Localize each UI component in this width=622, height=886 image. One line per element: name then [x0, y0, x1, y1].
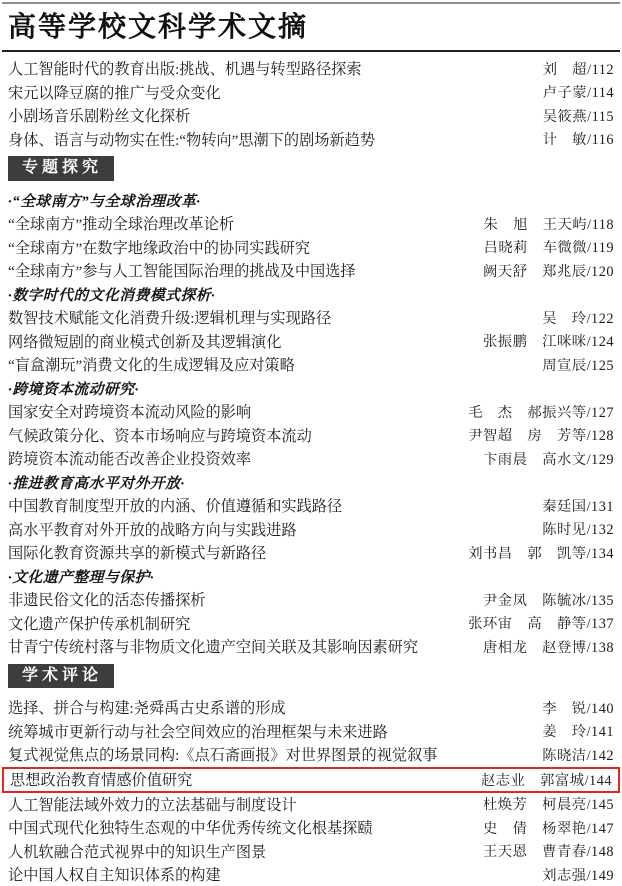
- entry-authors-page: 张振鹏 江咪咪/124: [473, 331, 614, 351]
- entry-title: 气候政策分化、资本市场响应与跨境资本流动: [8, 425, 312, 446]
- toc-entry: 国家安全对跨境资本流动风险的影响毛 杰 郝振兴等/127: [8, 400, 614, 424]
- subsection-heading: ·跨境资本流动研究·: [8, 377, 614, 401]
- toc-entry: 高水平教育对外开放的战略方向与实践进路陈时见/132: [8, 518, 614, 542]
- toc-entry: 身体、语言与动物实在性:“物转向”思潮下的剧场新趋势计 敏/116: [8, 128, 614, 152]
- top-rule: [2, 2, 620, 4]
- entry-authors-page: 秦廷国/131: [532, 496, 614, 516]
- entry-authors-page: 吴 玲/122: [532, 308, 614, 328]
- entry-authors-page: 刘志强/149: [532, 865, 614, 885]
- toc-entry: 人工智能法域外效力的立法基础与制度设计杜焕芳 柯晨亮/145: [8, 793, 614, 817]
- entry-authors-page: 吴筱燕/115: [533, 106, 614, 126]
- front-entry-list: 人工智能时代的教育出版:挑战、机遇与转型路径探索刘 超/112宋元以降豆腐的推广…: [8, 57, 614, 151]
- entry-title: 国家安全对跨境资本流动风险的影响: [8, 401, 251, 422]
- highlighted-entry: 思想政治教育情感价值研究赵志业 郭富城/144: [2, 767, 620, 793]
- toc-entry: 统筹城市更新行动与社会空间效应的治理框架与未来进路姜 玲/141: [8, 720, 614, 744]
- toc-entry: 复式视觉焦点的场景同构:《点石斋画报》对世界图景的视觉叙事陈晓洁/142: [8, 743, 614, 767]
- entry-title: 高水平教育对外开放的战略方向与实践进路: [8, 519, 297, 540]
- entry-authors-page: 朱 旭 王天屿/118: [474, 214, 614, 234]
- toc-entry: 甘青宁传统村落与非物质文化遗产空间关联及其影响因素研究唐相龙 赵登博/138: [8, 635, 614, 659]
- toc-entry: “盲盒潮玩”消费文化的生成逻辑及应对策略周宣辰/125: [8, 353, 614, 377]
- entry-title: 人机软融合范式视界中的知识生产图景: [8, 841, 266, 862]
- entry-title: 中国式现代化独特生态观的中华优秀传统文化根基探赜: [8, 817, 373, 838]
- title-rule: [2, 50, 620, 52]
- toc-entry: 论中国人权自主知识体系的构建刘志强/149: [8, 863, 614, 886]
- entry-authors-page: 卢子蒙/114: [533, 82, 614, 102]
- subsection-heading: ·“全球南方”与全球治理改革·: [8, 189, 614, 213]
- entry-authors-page: 王天恩 曹青春/148: [473, 841, 614, 861]
- section-badge: 专题探究: [8, 156, 114, 181]
- toc-entry: 中国教育制度型开放的内涵、价值遵循和实践路径秦廷国/131: [8, 494, 614, 518]
- toc-entry: 网络微短剧的商业模式创新及其逻辑演化张振鹏 江咪咪/124: [8, 330, 614, 354]
- entry-title: “全球南方”参与人工智能国际治理的挑战及中国选择: [8, 260, 356, 281]
- entry-title: 身体、语言与动物实在性:“物转向”思潮下的剧场新趋势: [8, 129, 375, 150]
- entry-title: 人工智能时代的教育出版:挑战、机遇与转型路径探索: [8, 58, 362, 79]
- entry-authors-page: 张环宙 高 静等/137: [458, 613, 614, 633]
- section-badge: 学术评论: [8, 664, 114, 689]
- entry-authors-page: 刘书昌 郭 凯等/134: [458, 543, 614, 563]
- entry-authors-page: 卞雨晨 高水文/129: [473, 449, 614, 469]
- entry-authors-page: 赵志业 郭富城/144: [471, 770, 612, 790]
- entry-authors-page: 陈晓洁/142: [532, 745, 614, 765]
- entry-title: 小剧场音乐剧粉丝文化探析: [8, 105, 190, 126]
- entry-title: 跨境资本流动能否改善企业投资效率: [8, 448, 251, 469]
- toc-entry: “全球南方”推动全球治理改革论析朱 旭 王天屿/118: [8, 212, 614, 236]
- entry-title: 思想政治教育情感价值研究: [10, 769, 192, 790]
- entry-title: 统筹城市更新行动与社会空间效应的治理框架与未来进路: [8, 721, 388, 742]
- subsection-heading: ·文化遗产整理与保护·: [8, 565, 614, 589]
- toc-entry: 气候政策分化、资本市场响应与跨境资本流动尹智超 房 芳等/128: [8, 424, 614, 448]
- entry-title: 人工智能法域外效力的立法基础与制度设计: [8, 794, 297, 815]
- entry-authors-page: 刘 超/112: [533, 59, 614, 79]
- entry-title: 选择、拼合与构建:尧舜禹古史系谱的形成: [8, 697, 286, 718]
- entry-authors-page: 史 倩 杨翠艳/147: [473, 818, 614, 838]
- toc-entry: 跨境资本流动能否改善企业投资效率卞雨晨 高水文/129: [8, 447, 614, 471]
- entry-authors-page: 尹智超 房 芳等/128: [458, 425, 614, 445]
- entry-title: “全球南方”推动全球治理改革论析: [8, 213, 234, 234]
- toc-entry: 宋元以降豆腐的推广与受众变化卢子蒙/114: [8, 81, 614, 105]
- entry-title: 国际化教育资源共享的新模式与新路径: [8, 542, 266, 563]
- entry-title: “盲盒潮玩”消费文化的生成逻辑及应对策略: [8, 354, 295, 375]
- entry-title: 中国教育制度型开放的内涵、价值遵循和实践路径: [8, 495, 342, 516]
- entry-authors-page: 计 敏/116: [533, 129, 614, 149]
- entry-title: 数智技术赋能文化消费升级:逻辑机理与实现路径: [8, 307, 331, 328]
- entry-authors-page: 尹金凤 陈毓冰/135: [473, 590, 614, 610]
- entry-title: 文化遗产保护传承机制研究: [8, 613, 190, 634]
- toc-entry: 人工智能时代的教育出版:挑战、机遇与转型路径探索刘 超/112: [8, 57, 614, 81]
- entry-authors-page: 吕晓莉 车微微/119: [474, 237, 614, 257]
- entry-authors-page: 周宣辰/125: [532, 355, 614, 375]
- entry-authors-page: 李 锐/140: [532, 698, 614, 718]
- toc-entry: 人机软融合范式视界中的知识生产图景王天恩 曹青春/148: [8, 840, 614, 864]
- entry-title: 论中国人权自主知识体系的构建: [8, 864, 221, 885]
- toc-entry: 选择、拼合与构建:尧舜禹古史系谱的形成李 锐/140: [8, 696, 614, 720]
- toc-entry: 数智技术赋能文化消费升级:逻辑机理与实现路径吴 玲/122: [8, 306, 614, 330]
- entry-title: 复式视觉焦点的场景同构:《点石斋画报》对世界图景的视觉叙事: [8, 744, 437, 765]
- toc-entry: 小剧场音乐剧粉丝文化探析吴筱燕/115: [8, 104, 614, 128]
- entry-title: 甘青宁传统村落与非物质文化遗产空间关联及其影响因素研究: [8, 636, 418, 657]
- sections-container: 专题探究·“全球南方”与全球治理改革·“全球南方”推动全球治理改革论析朱 旭 王…: [8, 151, 614, 886]
- toc-entry: 国际化教育资源共享的新模式与新路径刘书昌 郭 凯等/134: [8, 541, 614, 565]
- toc-entry: 中国式现代化独特生态观的中华优秀传统文化根基探赜史 倩 杨翠艳/147: [8, 816, 614, 840]
- subsection-heading: ·数字时代的文化消费模式探析·: [8, 283, 614, 307]
- entry-title: “全球南方”在数字地缘政治中的协同实践研究: [8, 237, 310, 258]
- entry-authors-page: 姜 玲/141: [532, 721, 614, 741]
- toc-entry: 文化遗产保护传承机制研究张环宙 高 静等/137: [8, 612, 614, 636]
- entry-title: 宋元以降豆腐的推广与受众变化: [8, 82, 221, 103]
- toc-entry: 非遗民俗文化的活态传播探析尹金凤 陈毓冰/135: [8, 588, 614, 612]
- entry-title: 网络微短剧的商业模式创新及其逻辑演化: [8, 331, 281, 352]
- subsection-heading: ·推进教育高水平对外开放·: [8, 471, 614, 495]
- entry-authors-page: 唐相龙 赵登博/138: [473, 637, 614, 657]
- entry-authors-page: 毛 杰 郝振兴等/127: [458, 402, 614, 422]
- toc-entry: “全球南方”参与人工智能国际治理的挑战及中国选择阙天舒 郑兆辰/120: [8, 259, 614, 283]
- entry-authors-page: 杜焕芳 柯晨亮/145: [473, 794, 614, 814]
- entry-authors-page: 阙天舒 郑兆辰/120: [473, 261, 614, 281]
- entry-title: 非遗民俗文化的活态传播探析: [8, 589, 205, 610]
- entry-authors-page: 陈时见/132: [532, 519, 614, 539]
- journal-toc-page: 高等学校文科学术文摘 人工智能时代的教育出版:挑战、机遇与转型路径探索刘 超/1…: [0, 0, 622, 886]
- toc-entry: “全球南方”在数字地缘政治中的协同实践研究吕晓莉 车微微/119: [8, 236, 614, 260]
- page-title: 高等学校文科学术文摘: [8, 10, 614, 45]
